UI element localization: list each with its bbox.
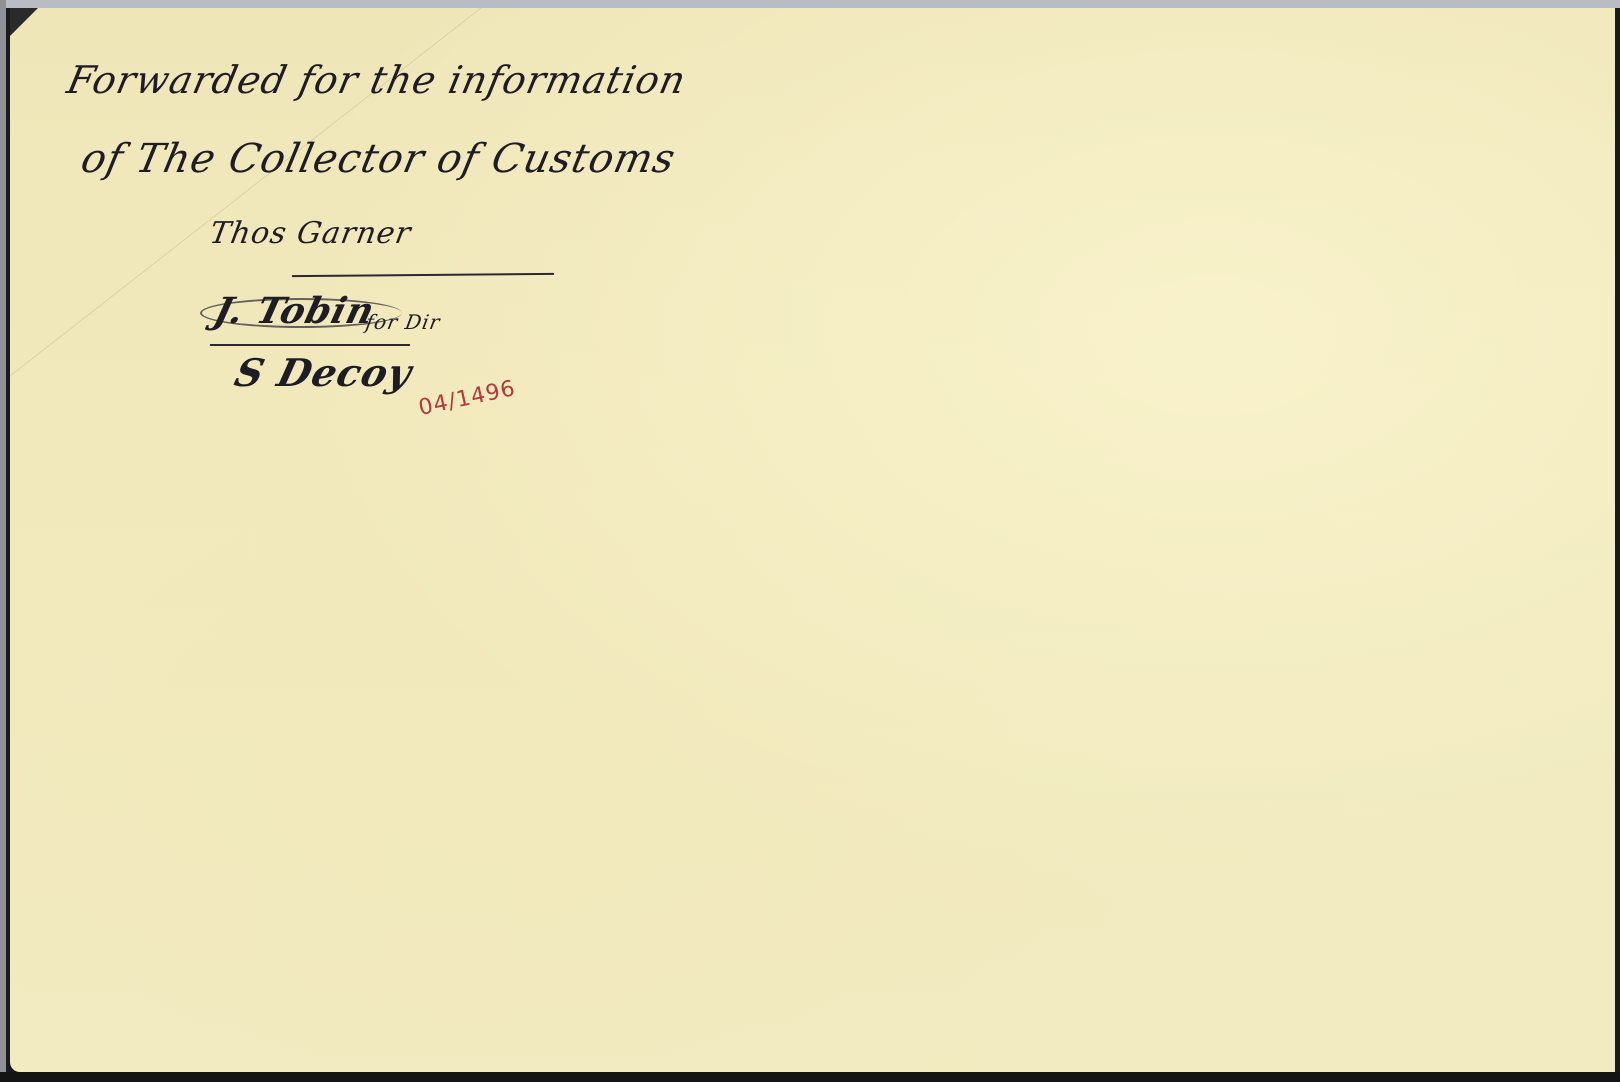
scanner-left-edge	[0, 0, 6, 1082]
scanner-top-edge	[0, 0, 1620, 8]
signature-third: S Decoy	[230, 350, 417, 395]
memo-line-1: Forwarded for the information	[63, 58, 690, 102]
signature-first: Thos Garner	[207, 216, 414, 251]
signature-second: J. Tobin	[210, 290, 379, 332]
signature-underline	[210, 344, 410, 346]
torn-corner	[10, 8, 38, 36]
signature-second-suffix: for Dir	[364, 310, 443, 334]
document-page: Forwarded for the information of The Col…	[10, 8, 1615, 1072]
scanner-bottom-edge	[0, 1072, 1620, 1082]
memo-line-2: of The Collector of Customs	[77, 136, 680, 182]
